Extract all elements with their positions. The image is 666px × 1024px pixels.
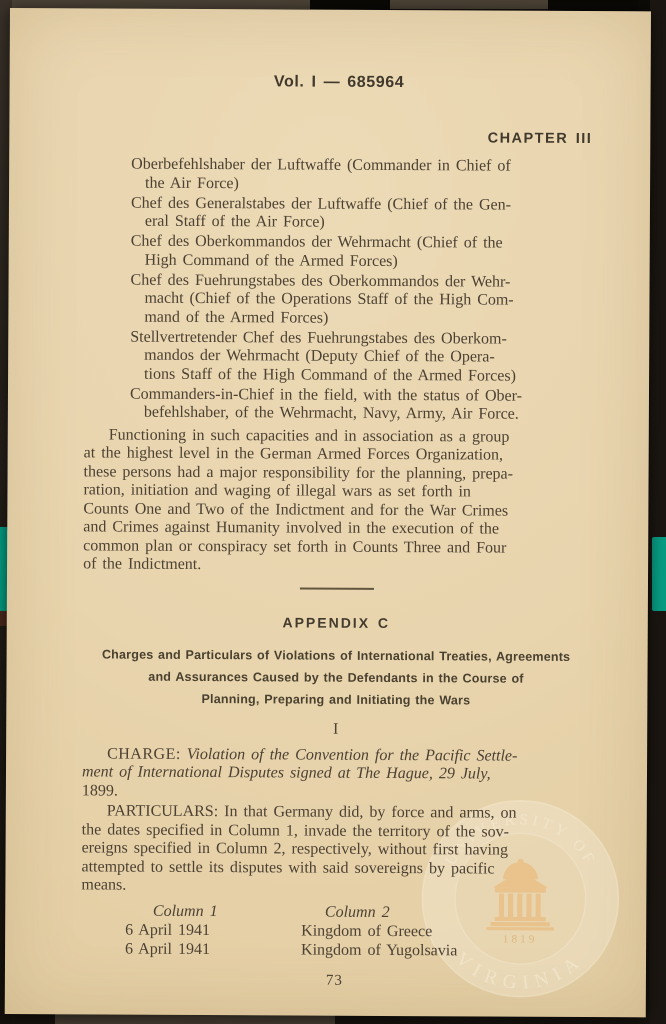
appendix-subtitle: Charges and Particulars of Violations of… [82,643,589,712]
commander-titles-list: Oberbefehlshaber der Luftwaffe (Commande… [84,155,592,424]
chapter-heading: CHAPTER III [85,127,592,148]
page-number: 73 [81,970,588,991]
column-1-header: Column 1 [121,901,249,921]
volume-header: Vol. I — 685964 [86,72,593,93]
particulars-paragraph: PARTICULARS: In that Germany did, by for… [81,802,588,897]
table-row: 6 April 1941 [121,939,249,959]
list-item: Chef des Fuehrungstabes des Oberkommando… [130,271,591,329]
list-item: Chef des Oberkommandos der Wehrmacht (Ch… [131,233,592,272]
column-1: Column 1 6 April 1941 6 April 1941 [121,901,249,959]
page-content: Vol. I — 685964 CHAPTER III Oberbefehlsh… [5,8,651,991]
document-page: UNIVERSITY OF VIRGINIA 1819 [5,8,651,1017]
body-paragraph: Functioning in such capacities and in as… [83,426,591,577]
column-2: Column 2 Kingdom of Greece Kingdom of Yu… [297,902,417,960]
list-item: Oberbefehlshaber der Luftwaffe (Commande… [131,156,592,195]
charge-paragraph: CHARGE: Violation of the Convention for … [82,745,589,803]
columns-table: Column 1 6 April 1941 6 April 1941 Colum… [121,901,588,960]
table-row: Kingdom of Yugolsavia [297,940,417,960]
list-item: Stellvertretender Chef des Fuehrungstabe… [130,328,591,386]
table-row: Kingdom of Greece [297,921,417,941]
column-2-header: Column 2 [297,902,417,922]
table-row: 6 April 1941 [121,920,249,940]
section-numeral: I [82,719,589,740]
teal-accent-band-right [652,537,666,611]
charge-label: CHARGE: [107,745,181,762]
list-item: Chef des Generalstabes der Luftwaffe (Ch… [131,194,592,233]
scan-edge-right [650,0,666,1024]
appendix-heading: APPENDIX C [83,612,590,633]
section-divider [299,587,373,589]
list-item: Commanders-in-Chief in the field, with t… [130,385,591,424]
scan-backdrop: UNIVERSITY OF VIRGINIA 1819 [0,0,666,1024]
